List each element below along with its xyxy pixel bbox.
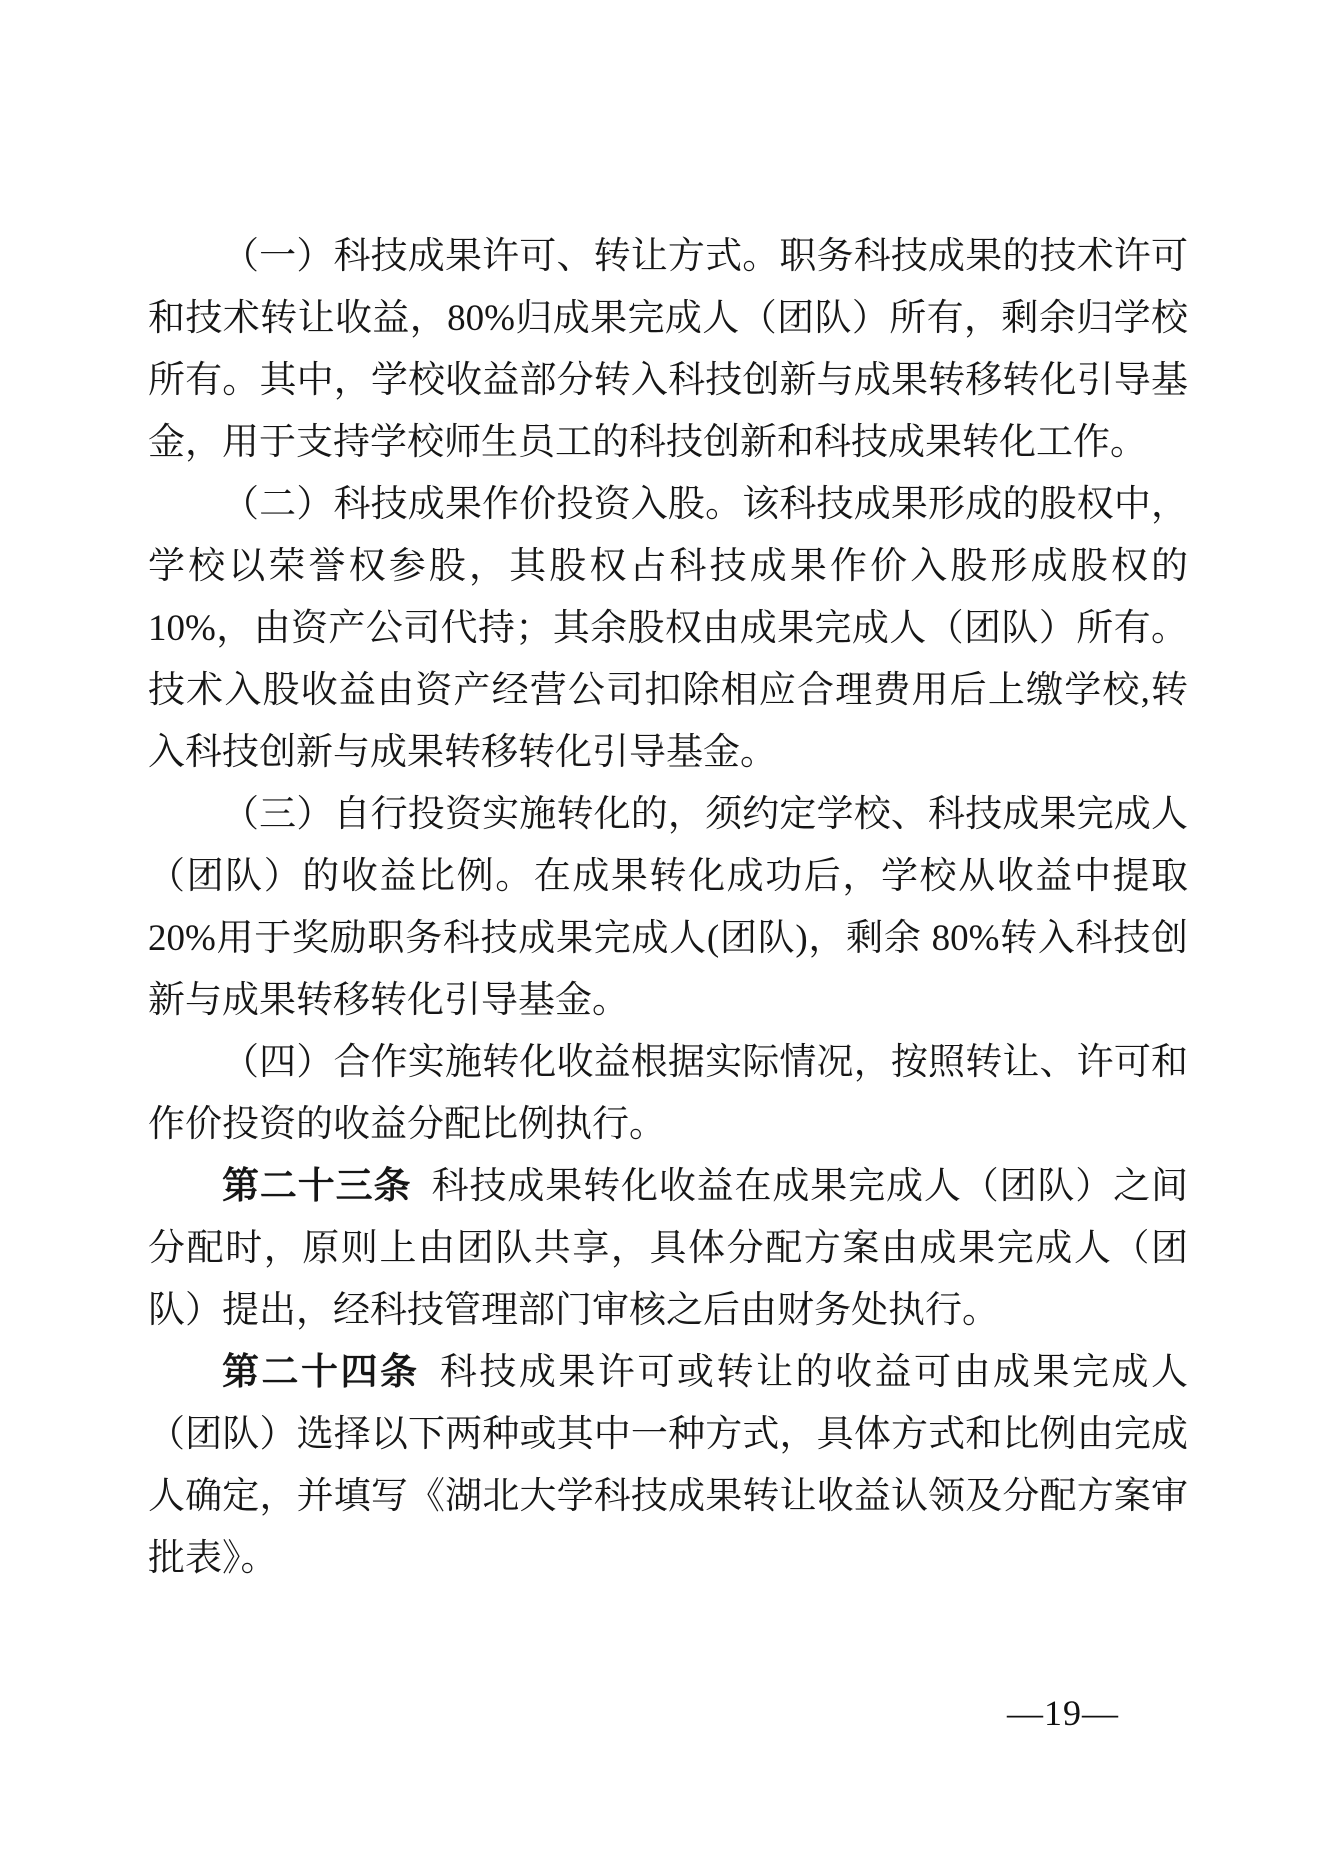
document-page: （一）科技成果许可、转让方式。职务科技成果的技术许可和技术转让收益，80%归成果… — [0, 0, 1323, 1871]
paragraph-text: （三）自行投资实施转化的，须约定学校、科技成果完成人（团队）的收益比例。在成果转… — [148, 794, 1188, 1021]
document-body: （一）科技成果许可、转让方式。职务科技成果的技术许可和技术转让收益，80%归成果… — [148, 226, 1188, 1590]
paragraph-text: （一）科技成果许可、转让方式。职务科技成果的技术许可和技术转让收益，80%归成果… — [148, 236, 1188, 463]
paragraph-text: （二）科技成果作价投资入股。该科技成果形成的股权中，学校以荣誉权参股，其股权占科… — [148, 484, 1188, 773]
paragraph: （一）科技成果许可、转让方式。职务科技成果的技术许可和技术转让收益，80%归成果… — [148, 226, 1188, 474]
paragraph: 第二十三条科技成果转化收益在成果完成人（团队）之间分配时，原则上由团队共享，具体… — [148, 1156, 1188, 1342]
page-number: —19— — [1007, 1692, 1119, 1734]
paragraph: （三）自行投资实施转化的，须约定学校、科技成果完成人（团队）的收益比例。在成果转… — [148, 784, 1188, 1032]
paragraph: （二）科技成果作价投资入股。该科技成果形成的股权中，学校以荣誉权参股，其股权占科… — [148, 474, 1188, 784]
paragraph-text: （四）合作实施转化收益根据实际情况，按照转让、许可和作价投资的收益分配比例执行。 — [148, 1042, 1188, 1145]
paragraph: 第二十四条科技成果许可或转让的收益可由成果完成人（团队）选择以下两种或其中一种方… — [148, 1342, 1188, 1590]
paragraph: （四）合作实施转化收益根据实际情况，按照转让、许可和作价投资的收益分配比例执行。 — [148, 1032, 1188, 1156]
article-number: 第二十四条 — [222, 1352, 420, 1393]
article-number: 第二十三条 — [222, 1166, 411, 1207]
